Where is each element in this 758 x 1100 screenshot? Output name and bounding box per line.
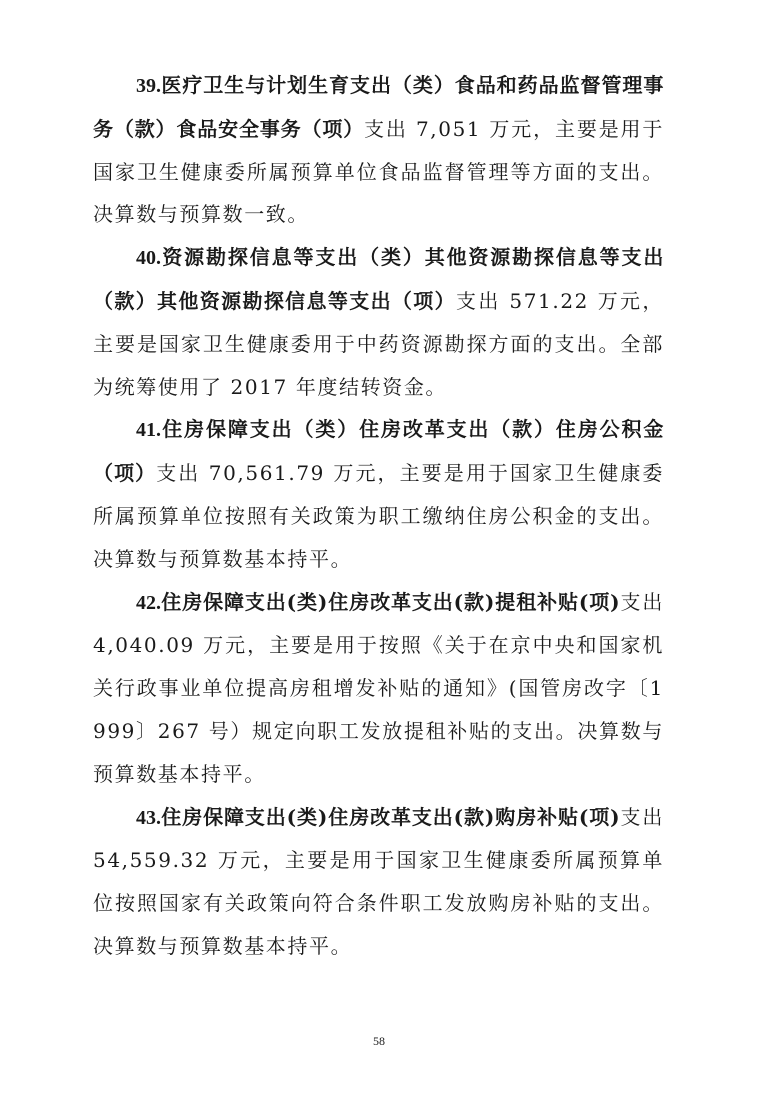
- paragraph-41: 41.住房保障支出（类）住房改革支出（款）住房公积金（项）支出 70,561.7…: [93, 408, 664, 580]
- document-page: 39.医疗卫生与计划生育支出（类）食品和药品监督管理事务（款）食品安全事务（项）…: [93, 64, 664, 968]
- paragraph-body: 支出 70,561.79 万元，主要是用于国家卫生健康委所属预算单位按照有关政策…: [93, 461, 664, 571]
- paragraph-42: 42.住房保障支出(类)住房改革支出(款)提租补贴(项)支出 4,040.09 …: [93, 581, 664, 796]
- paragraph-39: 39.医疗卫生与计划生育支出（类）食品和药品监督管理事务（款）食品安全事务（项）…: [93, 64, 664, 236]
- paragraph-body: 支出 4,040.09 万元，主要是用于按照《关于在京中央和国家机关行政事业单位…: [93, 590, 664, 786]
- paragraph-heading: 42.住房保障支出(类)住房改革支出(款)提租补贴(项): [136, 590, 620, 614]
- paragraph-40: 40.资源勘探信息等支出（类）其他资源勘探信息等支出（款）其他资源勘探信息等支出…: [93, 236, 664, 408]
- item-number: 39.: [136, 75, 161, 97]
- item-number: 40.: [136, 247, 161, 269]
- heading-text: 住房保障支出(类)住房改革支出(款)购房补贴(项): [161, 805, 620, 829]
- heading-text: 住房保障支出(类)住房改革支出(款)提租补贴(项): [161, 590, 620, 614]
- item-number: 42.: [136, 592, 161, 614]
- paragraph-heading: 43.住房保障支出(类)住房改革支出(款)购房补贴(项): [136, 805, 620, 829]
- item-number: 43.: [136, 807, 161, 829]
- page-number: 58: [0, 1034, 758, 1049]
- paragraph-43: 43.住房保障支出(类)住房改革支出(款)购房补贴(项)支出 54,559.32…: [93, 796, 664, 968]
- item-number: 41.: [136, 419, 161, 441]
